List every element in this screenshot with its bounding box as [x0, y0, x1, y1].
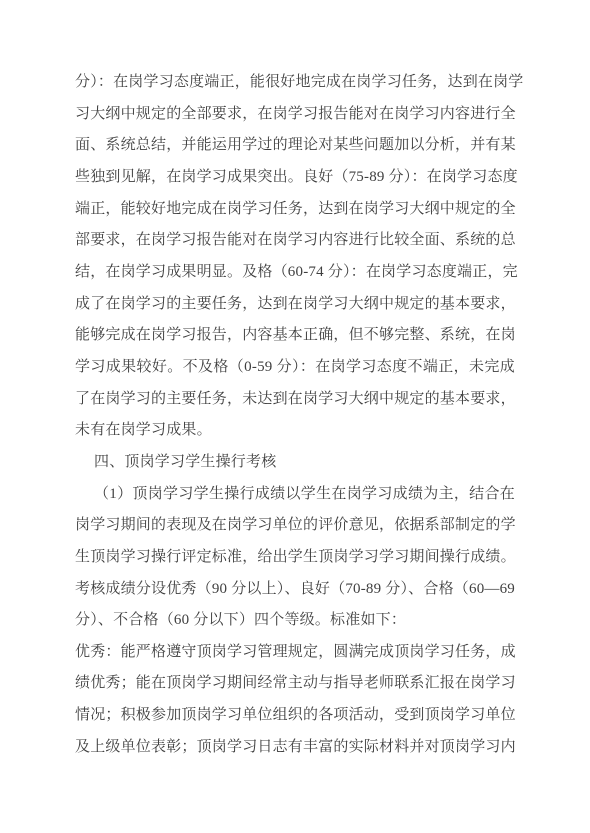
section-heading: 四、顶岗学习学生操行考核 [75, 447, 515, 479]
text-line: 部要求，在岗学习报告能对在岗学习内容进行比较全面、系统的总 [75, 225, 515, 257]
text-line: 习大纲中规定的全部要求，在岗学习报告能对在岗学习内容进行全 [75, 99, 515, 131]
text-line: 结，在岗学习成果明显。及格（60-74 分）：在岗学习态度端正，完 [75, 257, 515, 289]
document-text-block: 分）：在岗学习态度端正，能很好地完成在岗学习任务，达到在岗学 习大纲中规定的全部… [75, 67, 515, 763]
text-line: 学习成果较好。不及格（0-59 分）：在岗学习态度不端正，未完成 [75, 352, 515, 384]
text-line-paragraph-end: 未有在岗学习成果。 [75, 415, 515, 447]
text-line: 考核成绩分设优秀（90 分以上）、良好（70-89 分）、合格（60—69 [75, 574, 515, 606]
text-line: 面、系统总结，并能运用学过的理论对某些问题加以分析，并有某 [75, 130, 515, 162]
text-line: 能够完成在岗学习报告，内容基本正确，但不够完整、系统，在岗 [75, 320, 515, 352]
text-line: 端正，能较好地完成在岗学习任务，达到在岗学习大纲中规定的全 [75, 194, 515, 226]
text-line: 了在岗学习的主要任务，未达到在岗学习大纲中规定的基本要求， [75, 384, 515, 416]
text-line: 成了在岗学习的主要任务，达到在岗学习大纲中规定的基本要求， [75, 289, 515, 321]
text-line-paragraph-end: 生顶岗学习操行评定标准，给出学生顶岗学习学习期间操行成绩。 [75, 542, 515, 574]
text-line: 优秀：能严格遵守顶岗学习管理规定，圆满完成顶岗学习任务，成 [75, 637, 515, 669]
text-line: 绩优秀；能在顶岗学习期间经常主动与指导老师联系汇报在岗学习 [75, 668, 515, 700]
text-line: 及上级单位表彰；顶岗学习日志有丰富的实际材料并对顶岗学习内 [75, 732, 515, 764]
text-line-paragraph-start: （1）顶岗学习学生操行成绩以学生在岗学习成绩为主，结合在 [75, 479, 515, 511]
text-line: 些独到见解，在岗学习成果突出。良好（75-89 分）：在岗学习态度 [75, 162, 515, 194]
text-line-paragraph-end: 分）、不合格（60 分以下）四个等级。标准如下： [75, 605, 515, 637]
text-line: 分）：在岗学习态度端正，能很好地完成在岗学习任务，达到在岗学 [75, 67, 515, 99]
text-line: 岗学习期间的表现及在岗学习单位的评价意见，依据系部制定的学 [75, 510, 515, 542]
document-page: 分）：在岗学习态度端正，能很好地完成在岗学习任务，达到在岗学 习大纲中规定的全部… [0, 0, 590, 833]
text-line: 情况；积极参加顶岗学习单位组织的各项活动，受到顶岗学习单位 [75, 700, 515, 732]
